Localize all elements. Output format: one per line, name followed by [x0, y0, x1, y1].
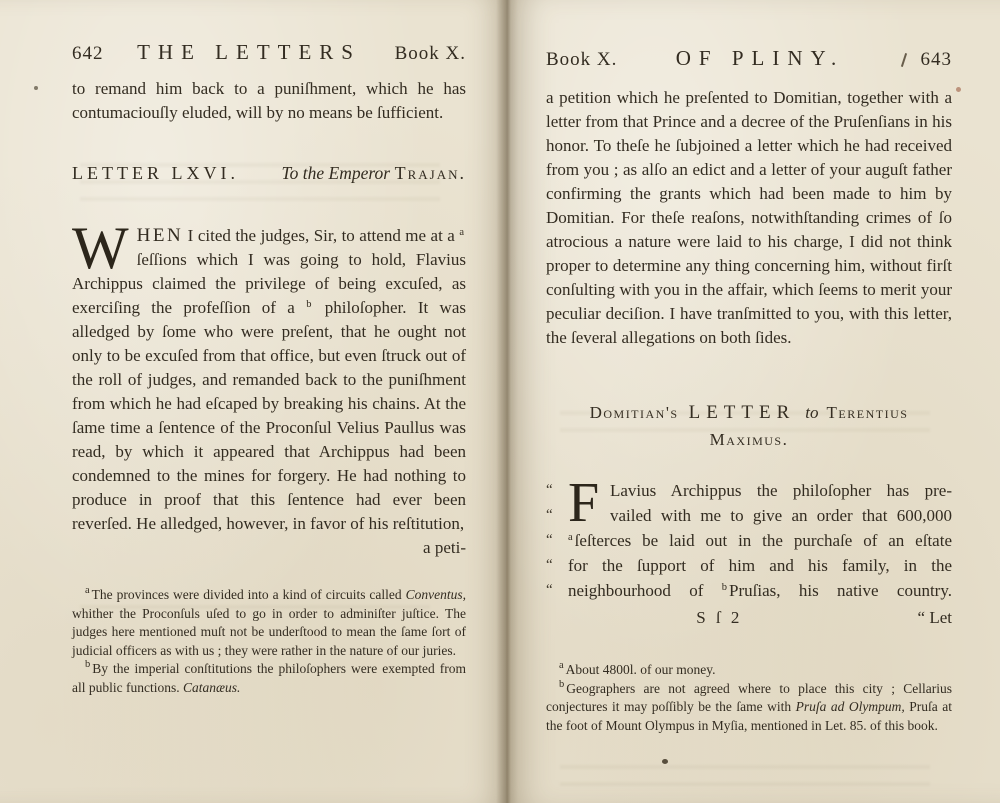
heading-line-1: Domitian's LETTER to Terentius: [546, 400, 952, 427]
letter-number: LETTER LXVI.: [72, 163, 239, 184]
catchword-left: a peti-: [72, 536, 466, 560]
ink-stroke: [900, 53, 906, 67]
body-paragraph-right: a petition which he preſented to Domitia…: [546, 86, 952, 350]
right-running-header: Book X. OF PLINY. 643: [546, 46, 952, 71]
drop-cap-w: W: [72, 224, 137, 270]
footnote-a: aThe provinces were divided into a kind …: [72, 586, 466, 660]
footnote-marker-a: a: [459, 227, 466, 238]
book-label-right: Book X.: [546, 49, 617, 71]
letter-heading-left: LETTER LXVI. To the Emperor Trajan.: [72, 163, 466, 184]
footnote-marker-b: b: [722, 582, 729, 593]
quote-line: “for the ſupport of him and his family, …: [546, 553, 952, 578]
catchword-right: “ Let: [918, 605, 952, 631]
book-label-left: Book X.: [395, 43, 466, 65]
footnote-b: bBy the imperial conſtitutions the philo…: [72, 660, 466, 697]
quote-line: “neighbourhood of bPruſias, his native c…: [546, 578, 952, 603]
paragraph-text-1: I cited the judges, Sir, to attend me at…: [183, 226, 459, 245]
page-number-left: 642: [72, 43, 104, 65]
paragraph-text-3: philoſopher. It was alledged by ſome who…: [72, 298, 466, 533]
intro-paragraph: to remand him back to a puniſhment, whic…: [72, 77, 466, 125]
quote-line: “aſeſterces be laid out in the purchaſe …: [546, 528, 952, 553]
page-right: Book X. OF PLINY. 643 a petition which h…: [506, 0, 1000, 803]
drop-cap-f: F: [568, 481, 599, 525]
footnote-a: aAbout 4800l. of our money.: [546, 661, 952, 680]
book-scan: 642 THE LETTERS Book X. to remand him ba…: [0, 0, 1000, 803]
signature-mark: S ſ 2: [696, 605, 742, 631]
footnotes-left: aThe provinces were divided into a kind …: [72, 586, 466, 697]
letter-dedication: To the Emperor Trajan.: [282, 163, 466, 184]
footnote-b: bGeographers are not agreed where to pla…: [546, 680, 952, 736]
quote-line: “Lavius Archippus the philoſopher has pr…: [546, 478, 952, 503]
quoted-letter: F “Lavius Archippus the philoſopher has …: [546, 478, 952, 631]
page-left: 642 THE LETTERS Book X. to remand him ba…: [0, 0, 506, 803]
heading-line-2: Maximus.: [546, 427, 952, 454]
lead-caps: HEN: [137, 225, 184, 246]
left-running-header: 642 THE LETTERS Book X.: [72, 40, 466, 65]
footnotes-right: aAbout 4800l. of our money. bGeographers…: [546, 661, 952, 735]
running-title-right: OF PLINY.: [676, 46, 844, 71]
quote-line: “vailed with me to give an order that 60…: [546, 503, 952, 528]
main-paragraph: WHEN I cited the judges, Sir, to attend …: [72, 224, 466, 536]
letter-heading-right: Domitian's LETTER to Terentius Maximus.: [546, 400, 952, 454]
page-number-right: 643: [921, 49, 953, 71]
page-number-wrap: 643: [903, 49, 953, 71]
signature-row: S ſ 2 “ Let: [546, 605, 952, 631]
running-title-left: THE LETTERS: [137, 40, 361, 65]
